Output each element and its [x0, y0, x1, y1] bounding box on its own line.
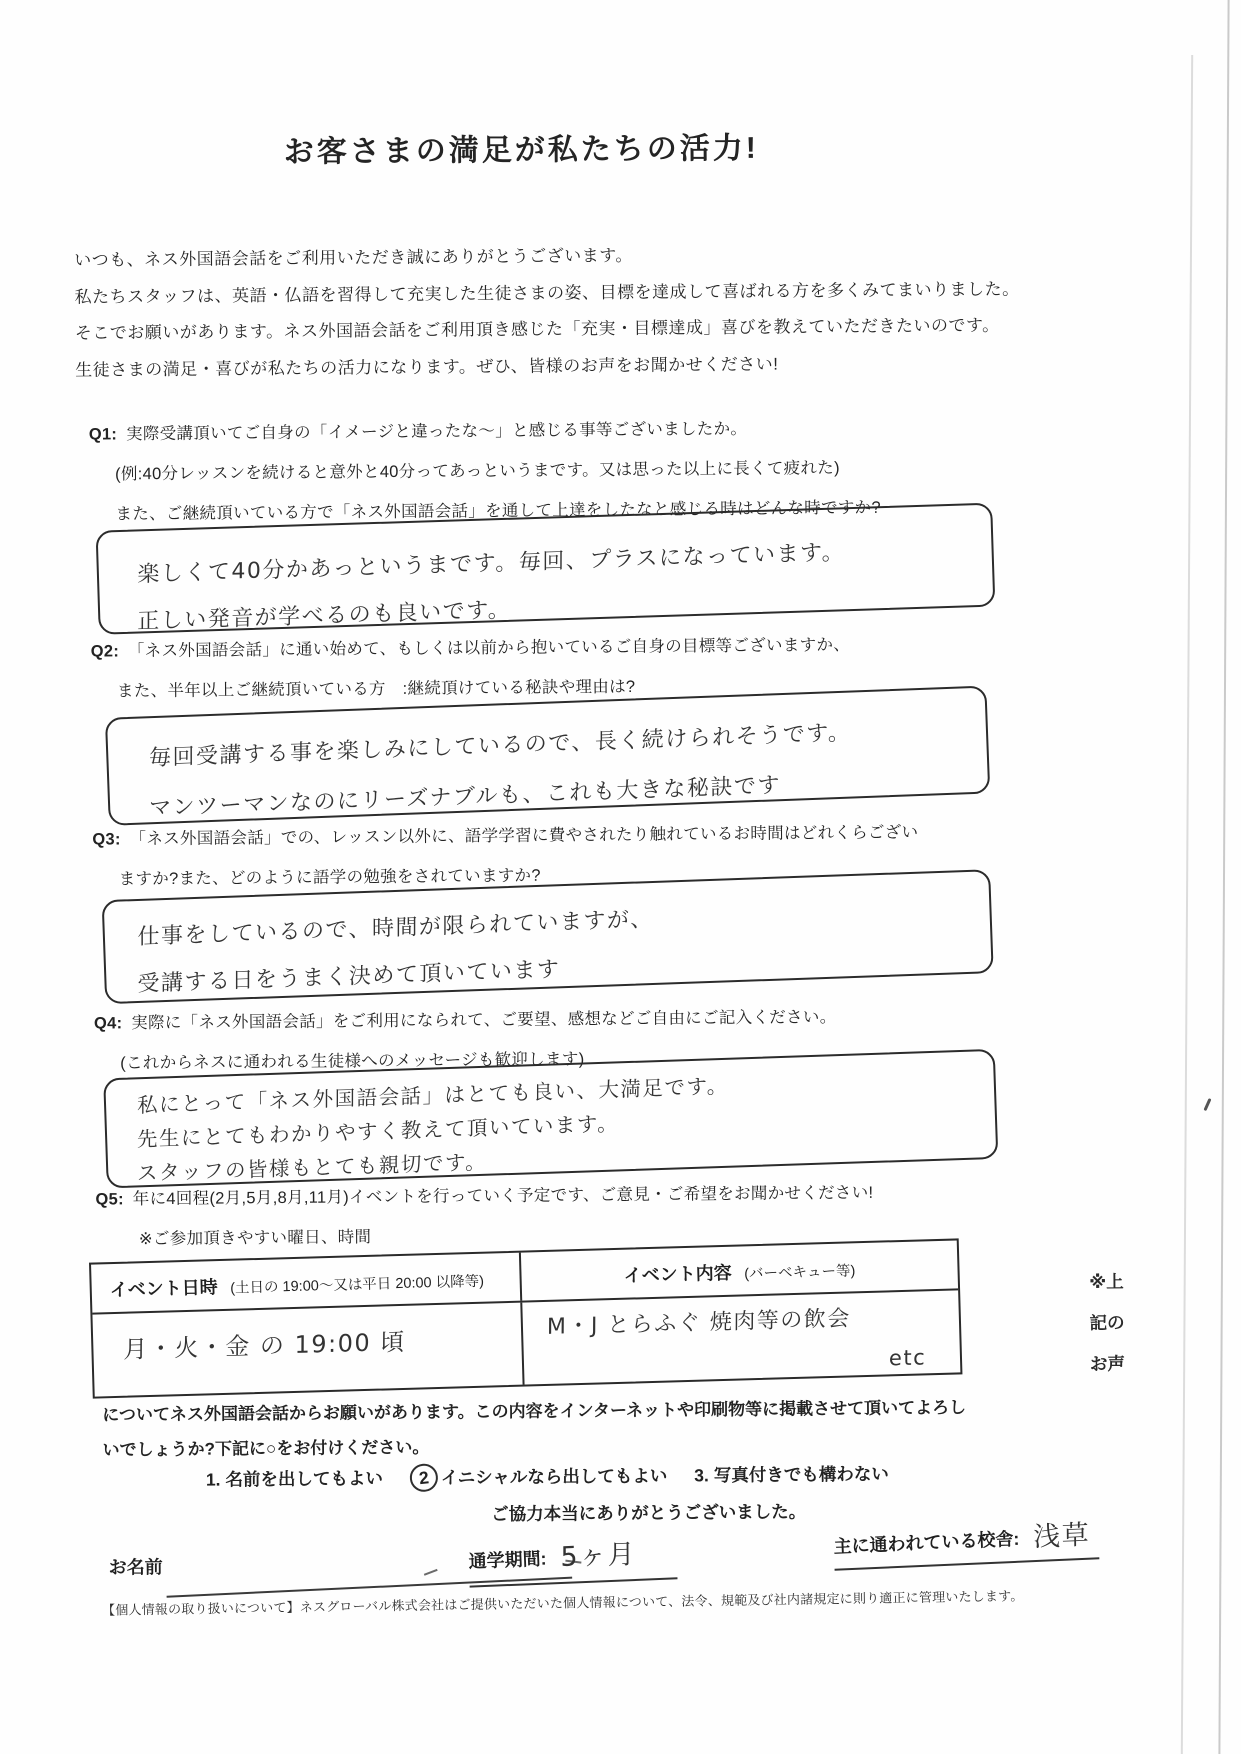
- side-note-line: お声: [1090, 1344, 1125, 1385]
- question-label: Q4:: [94, 1014, 123, 1032]
- handwritten-enrollment-period: 5ヶ月: [561, 1532, 637, 1574]
- question-text: (例:40分レッスンを続けると意外と40分ってあっというまです。又は思った以上に…: [89, 454, 881, 485]
- enrollment-period-field: 通学期間: 5ヶ月: [468, 1530, 678, 1587]
- name-field-label: お名前: [109, 1553, 163, 1579]
- side-note: ※上 記の お声: [1089, 1262, 1125, 1385]
- option-1: 1.名前を出してもよい: [206, 1468, 388, 1490]
- question-label: Q1:: [89, 425, 118, 443]
- page-title: お客さまの満足が私たちの活力!: [1, 120, 1041, 173]
- side-note-line: ※上: [1089, 1262, 1124, 1303]
- question-label: Q3:: [92, 830, 121, 848]
- redacted-name-mark: [424, 1569, 438, 1576]
- side-note-line: 記の: [1089, 1303, 1124, 1344]
- handwritten-school: 浅草: [1034, 1513, 1091, 1555]
- event-date-cell: 月・火・金 の 19:00 頃: [92, 1303, 524, 1397]
- handwritten-event-etc: etc: [889, 1345, 926, 1370]
- question-label: Q5:: [95, 1190, 124, 1208]
- scanned-survey-page: お客さまの満足が私たちの活力! いつも、ネス外国語会話をご利用いただき誠にありが…: [0, 0, 1241, 1754]
- school-field: 主に通われている校舎: 浅草: [833, 1512, 1100, 1571]
- option-2-circle-mark: 2: [408, 1462, 439, 1493]
- school-label: 主に通われている校舎:: [833, 1529, 1020, 1557]
- handwritten-event-content: M・J とらふぐ 焼肉等の飲会: [547, 1301, 851, 1341]
- question-text: Q4: 実際に「ネス外国語会話」をご利用になられて、ご要望、感想などご自由にご記…: [94, 1003, 837, 1033]
- event-content-note: (バーベキュー等): [744, 1263, 856, 1282]
- publish-options: 1.名前を出してもよい 2イニシャルなら出してもよい 3.写真付きでも構わない: [206, 1460, 911, 1494]
- option-2-circled: 2イニシャルなら出してもよい: [410, 1466, 672, 1488]
- event-date-note: (土日の 19:00〜又は平日 20:00 以降等): [230, 1274, 484, 1297]
- intro-line: 生徒さまの満足・喜びが私たちの活力になります。ぜひ、皆様のお声をお聞かせください…: [75, 344, 1020, 389]
- question-text: Q1: 実際受講頂いてご自身の「イメージと違ったな〜」と感じる事等ございましたか…: [89, 414, 881, 445]
- thanks-line: ご協力本当にありがとうございました。: [491, 1498, 806, 1526]
- intro-paragraph: いつも、ネス外国語会話をご利用いただき誠にありがとうございます。 私たちスタッフ…: [74, 235, 1020, 389]
- event-content-header: イベント内容: [623, 1263, 732, 1286]
- handwritten-event-date: 月・火・金 の 19:00 頃: [123, 1322, 406, 1365]
- event-content-cell: M・J とらふぐ 焼肉等の飲会 etc: [522, 1290, 960, 1384]
- enrollment-period-label: 通学期間:: [468, 1549, 547, 1572]
- question-label: Q2:: [91, 642, 120, 660]
- document-content: お客さまの満足が私たちの活力! いつも、ネス外国語会話をご利用いただき誠にありが…: [0, 0, 1241, 1754]
- option-3-number: 3.: [694, 1465, 709, 1485]
- handwritten-answer: 楽しくて40分かあっというまです。毎回、プラスになっています。 正しい発音が学べ…: [99, 505, 992, 647]
- option-3: 3.写真付きでも構わない: [694, 1464, 889, 1486]
- event-table: イベント日時 (土日の 19:00〜又は平日 20:00 以降等) イベント内容…: [89, 1238, 962, 1398]
- event-date-header: イベント日時: [109, 1277, 218, 1300]
- publish-request-paragraph: についてネス外国語会話からお願いがあります。この内容をインターネットや印刷物等に…: [102, 1390, 966, 1468]
- option-1-number: 1.: [206, 1470, 221, 1490]
